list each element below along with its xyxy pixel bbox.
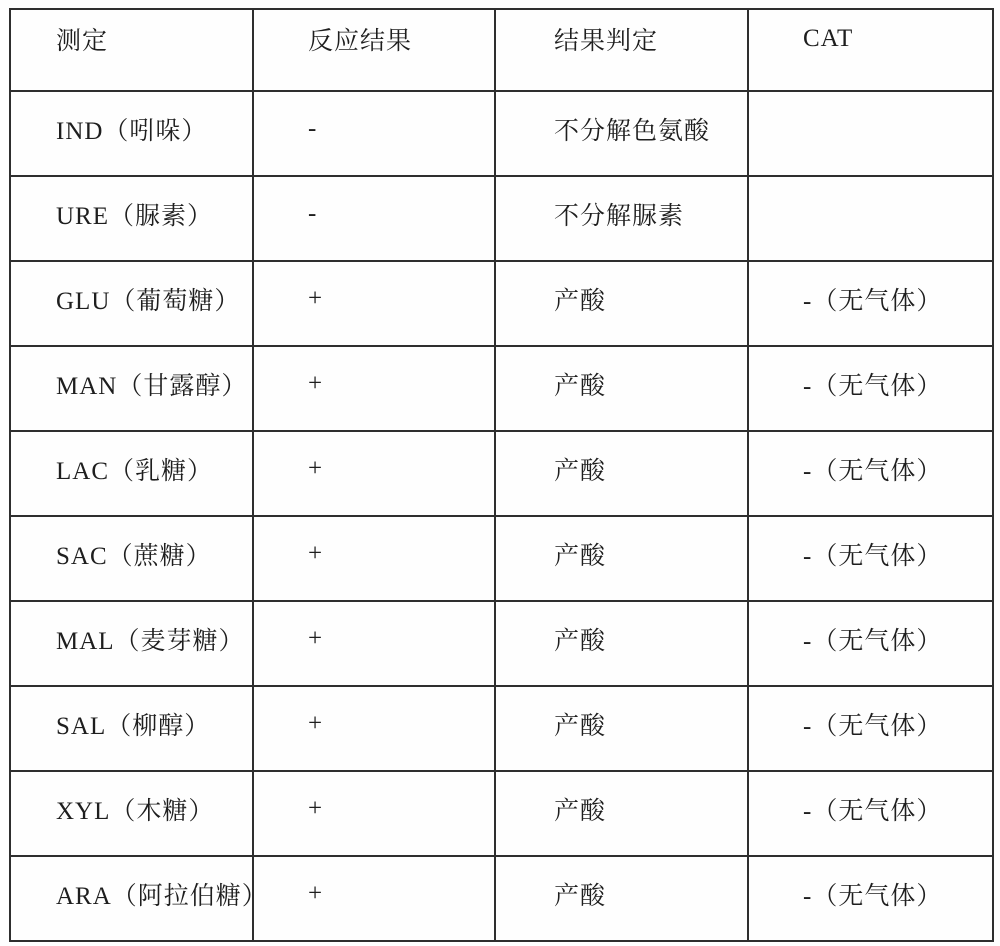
- table-cell: +: [253, 516, 495, 601]
- table-cell: -（无气体）: [748, 686, 993, 771]
- table-cell: IND（吲哚）: [10, 91, 253, 176]
- table-row: MAL（麦芽糖）+产酸-（无气体）: [10, 601, 993, 686]
- table-cell: +: [253, 346, 495, 431]
- table-cell: -（无气体）: [748, 856, 993, 941]
- table-cell: -（无气体）: [748, 261, 993, 346]
- table-cell: +: [253, 856, 495, 941]
- table-row: ARA（阿拉伯糖）+产酸-（无气体）: [10, 856, 993, 941]
- table-cell: 产酸: [495, 686, 748, 771]
- table-cell: 产酸: [495, 261, 748, 346]
- table-cell: +: [253, 771, 495, 856]
- table-cell: 产酸: [495, 856, 748, 941]
- table-cell: ARA（阿拉伯糖）: [10, 856, 253, 941]
- table-cell: +: [253, 601, 495, 686]
- table-cell: 产酸: [495, 516, 748, 601]
- table-cell: LAC（乳糖）: [10, 431, 253, 516]
- table-cell: GLU（葡萄糖）: [10, 261, 253, 346]
- table-cell: -: [253, 91, 495, 176]
- table-cell: 不分解脲素: [495, 176, 748, 261]
- table-row: LAC（乳糖）+产酸-（无气体）: [10, 431, 993, 516]
- header-row: 测定 反应结果 结果判定 CAT: [10, 9, 993, 91]
- table-row: IND（吲哚）-不分解色氨酸: [10, 91, 993, 176]
- column-header-reaction-result: 反应结果: [253, 9, 495, 91]
- table-row: MAN（甘露醇）+产酸-（无气体）: [10, 346, 993, 431]
- table-cell: -（无气体）: [748, 346, 993, 431]
- table-cell: -（无气体）: [748, 771, 993, 856]
- table-cell: -（无气体）: [748, 516, 993, 601]
- table-cell: 产酸: [495, 431, 748, 516]
- table-cell: +: [253, 431, 495, 516]
- table-cell: [748, 91, 993, 176]
- biochemical-results-table: 测定 反应结果 结果判定 CAT IND（吲哚）-不分解色氨酸URE（脲素）-不…: [9, 8, 994, 942]
- table-cell: SAL（柳醇）: [10, 686, 253, 771]
- table-cell: MAN（甘露醇）: [10, 346, 253, 431]
- table-body: IND（吲哚）-不分解色氨酸URE（脲素）-不分解脲素GLU（葡萄糖）+产酸-（…: [10, 91, 993, 941]
- table-row: GLU（葡萄糖）+产酸-（无气体）: [10, 261, 993, 346]
- table-cell: 产酸: [495, 601, 748, 686]
- table-cell: -: [253, 176, 495, 261]
- table-cell: 产酸: [495, 771, 748, 856]
- table-cell: MAL（麦芽糖）: [10, 601, 253, 686]
- column-header-cat: CAT: [748, 9, 993, 91]
- table-cell: +: [253, 261, 495, 346]
- table-cell: [748, 176, 993, 261]
- table-cell: URE（脲素）: [10, 176, 253, 261]
- column-header-determination: 测定: [10, 9, 253, 91]
- table-cell: -（无气体）: [748, 601, 993, 686]
- table-row: XYL（木糖）+产酸-（无气体）: [10, 771, 993, 856]
- document-page: 测定 反应结果 结果判定 CAT IND（吲哚）-不分解色氨酸URE（脲素）-不…: [0, 0, 1000, 946]
- table-cell: XYL（木糖）: [10, 771, 253, 856]
- table-cell: SAC（蔗糖）: [10, 516, 253, 601]
- table-row: SAL（柳醇）+产酸-（无气体）: [10, 686, 993, 771]
- table-row: SAC（蔗糖）+产酸-（无气体）: [10, 516, 993, 601]
- table-cell: +: [253, 686, 495, 771]
- table-cell: -（无气体）: [748, 431, 993, 516]
- table-cell: 不分解色氨酸: [495, 91, 748, 176]
- column-header-result-judgment: 结果判定: [495, 9, 748, 91]
- table-row: URE（脲素）-不分解脲素: [10, 176, 993, 261]
- table-cell: 产酸: [495, 346, 748, 431]
